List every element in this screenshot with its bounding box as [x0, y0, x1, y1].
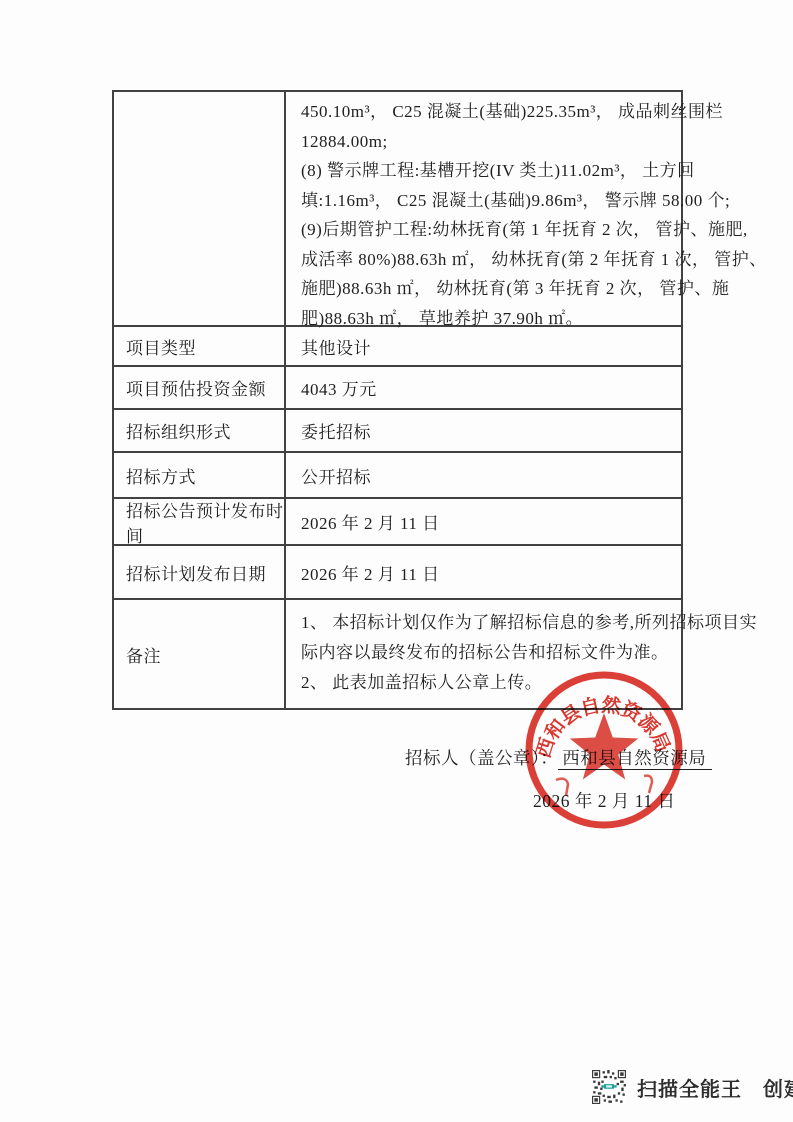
table-row-remarks: 备注 1、 本招标计划仅作为了解招标信息的参考,所列招标项目实 际内容以最终发布… [114, 600, 681, 708]
table-row-project-type: 项目类型 其他设计 [114, 327, 681, 367]
table-row-plan-release-date: 招标计划发布日期 2026 年 2 月 11 日 [114, 546, 681, 600]
table-row-announcement-date: 招标公告预计发布时间 2026 年 2 月 11 日 [114, 499, 681, 546]
bidding-plan-table: 450.10m³， C25 混凝土(基础)225.35m³， 成品刺丝围栏 12… [112, 90, 683, 710]
row-value: 其他设计 [286, 327, 681, 365]
remark-line: 际内容以最终发布的招标公告和招标文件为准。 [301, 638, 757, 668]
remarks-cell: 1、 本招标计划仅作为了解招标信息的参考,所列招标项目实 际内容以最终发布的招标… [286, 600, 765, 708]
scope-line: 填:1.16m³， C25 混凝土(基础)9.86m³， 警示牌 58.00 个… [301, 186, 767, 216]
empty-label-cell [114, 92, 286, 325]
row-label: 备注 [114, 600, 286, 708]
signature-agency-name: 西和县自然资源局 [558, 748, 712, 770]
qr-code-icon [592, 1070, 626, 1104]
row-value: 2026 年 2 月 11 日 [286, 499, 681, 544]
row-label: 项目类型 [114, 327, 286, 365]
row-label: 招标计划发布日期 [114, 546, 286, 598]
scope-line: 成活率 80%)88.63h ㎡， 幼林抚育(第 2 年抚育 1 次， 管护、 [301, 245, 767, 275]
project-scope-continuation-cell: 450.10m³， C25 混凝土(基础)225.35m³， 成品刺丝围栏 12… [286, 92, 775, 325]
signature-label: 招标人（盖公章）： [405, 748, 558, 768]
remark-line: 1、 本招标计划仅作为了解招标信息的参考,所列招标项目实 [301, 608, 757, 638]
scanner-credit: 扫描全能王 创建 [592, 1070, 793, 1104]
scanned-document-page: 450.10m³， C25 混凝土(基础)225.35m³， 成品刺丝围栏 12… [0, 0, 793, 1122]
table-row: 450.10m³， C25 混凝土(基础)225.35m³， 成品刺丝围栏 12… [114, 92, 681, 327]
scope-line: 施肥)88.63h ㎡， 幼林抚育(第 3 年抚育 2 次， 管护、施 [301, 274, 767, 304]
table-row-bidding-method: 招标方式 公开招标 [114, 453, 681, 499]
scope-line: (8) 警示牌工程:基槽开挖(IV 类土)11.02m³， 土方回 [301, 156, 767, 186]
row-label: 项目预估投资金额 [114, 367, 286, 408]
row-value: 委托招标 [286, 410, 681, 451]
table-row-estimated-investment: 项目预估投资金额 4043 万元 [114, 367, 681, 410]
remark-line: 2、 此表加盖招标人公章上传。 [301, 668, 757, 698]
signature-date: 2026 年 2 月 11 日 [533, 788, 675, 813]
row-value: 2026 年 2 月 11 日 [286, 546, 681, 598]
scanner-app-label: 扫描全能王 创建 [637, 1073, 793, 1102]
scope-line: 450.10m³， C25 混凝土(基础)225.35m³， 成品刺丝围栏 [301, 97, 767, 127]
bidder-signature-line: 招标人（盖公章）：西和县自然资源局 [405, 745, 712, 770]
row-label: 招标方式 [114, 453, 286, 497]
row-label: 招标组织形式 [114, 410, 286, 451]
row-value: 公开招标 [286, 453, 681, 497]
table-row-organization-form: 招标组织形式 委托招标 [114, 410, 681, 453]
row-value: 4043 万元 [286, 367, 681, 408]
row-label: 招标公告预计发布时间 [114, 499, 286, 544]
scope-line: 12884.00m; [301, 127, 767, 157]
scope-line: (9)后期管护工程:幼林抚育(第 1 年抚育 2 次， 管护、施肥, [301, 215, 767, 245]
